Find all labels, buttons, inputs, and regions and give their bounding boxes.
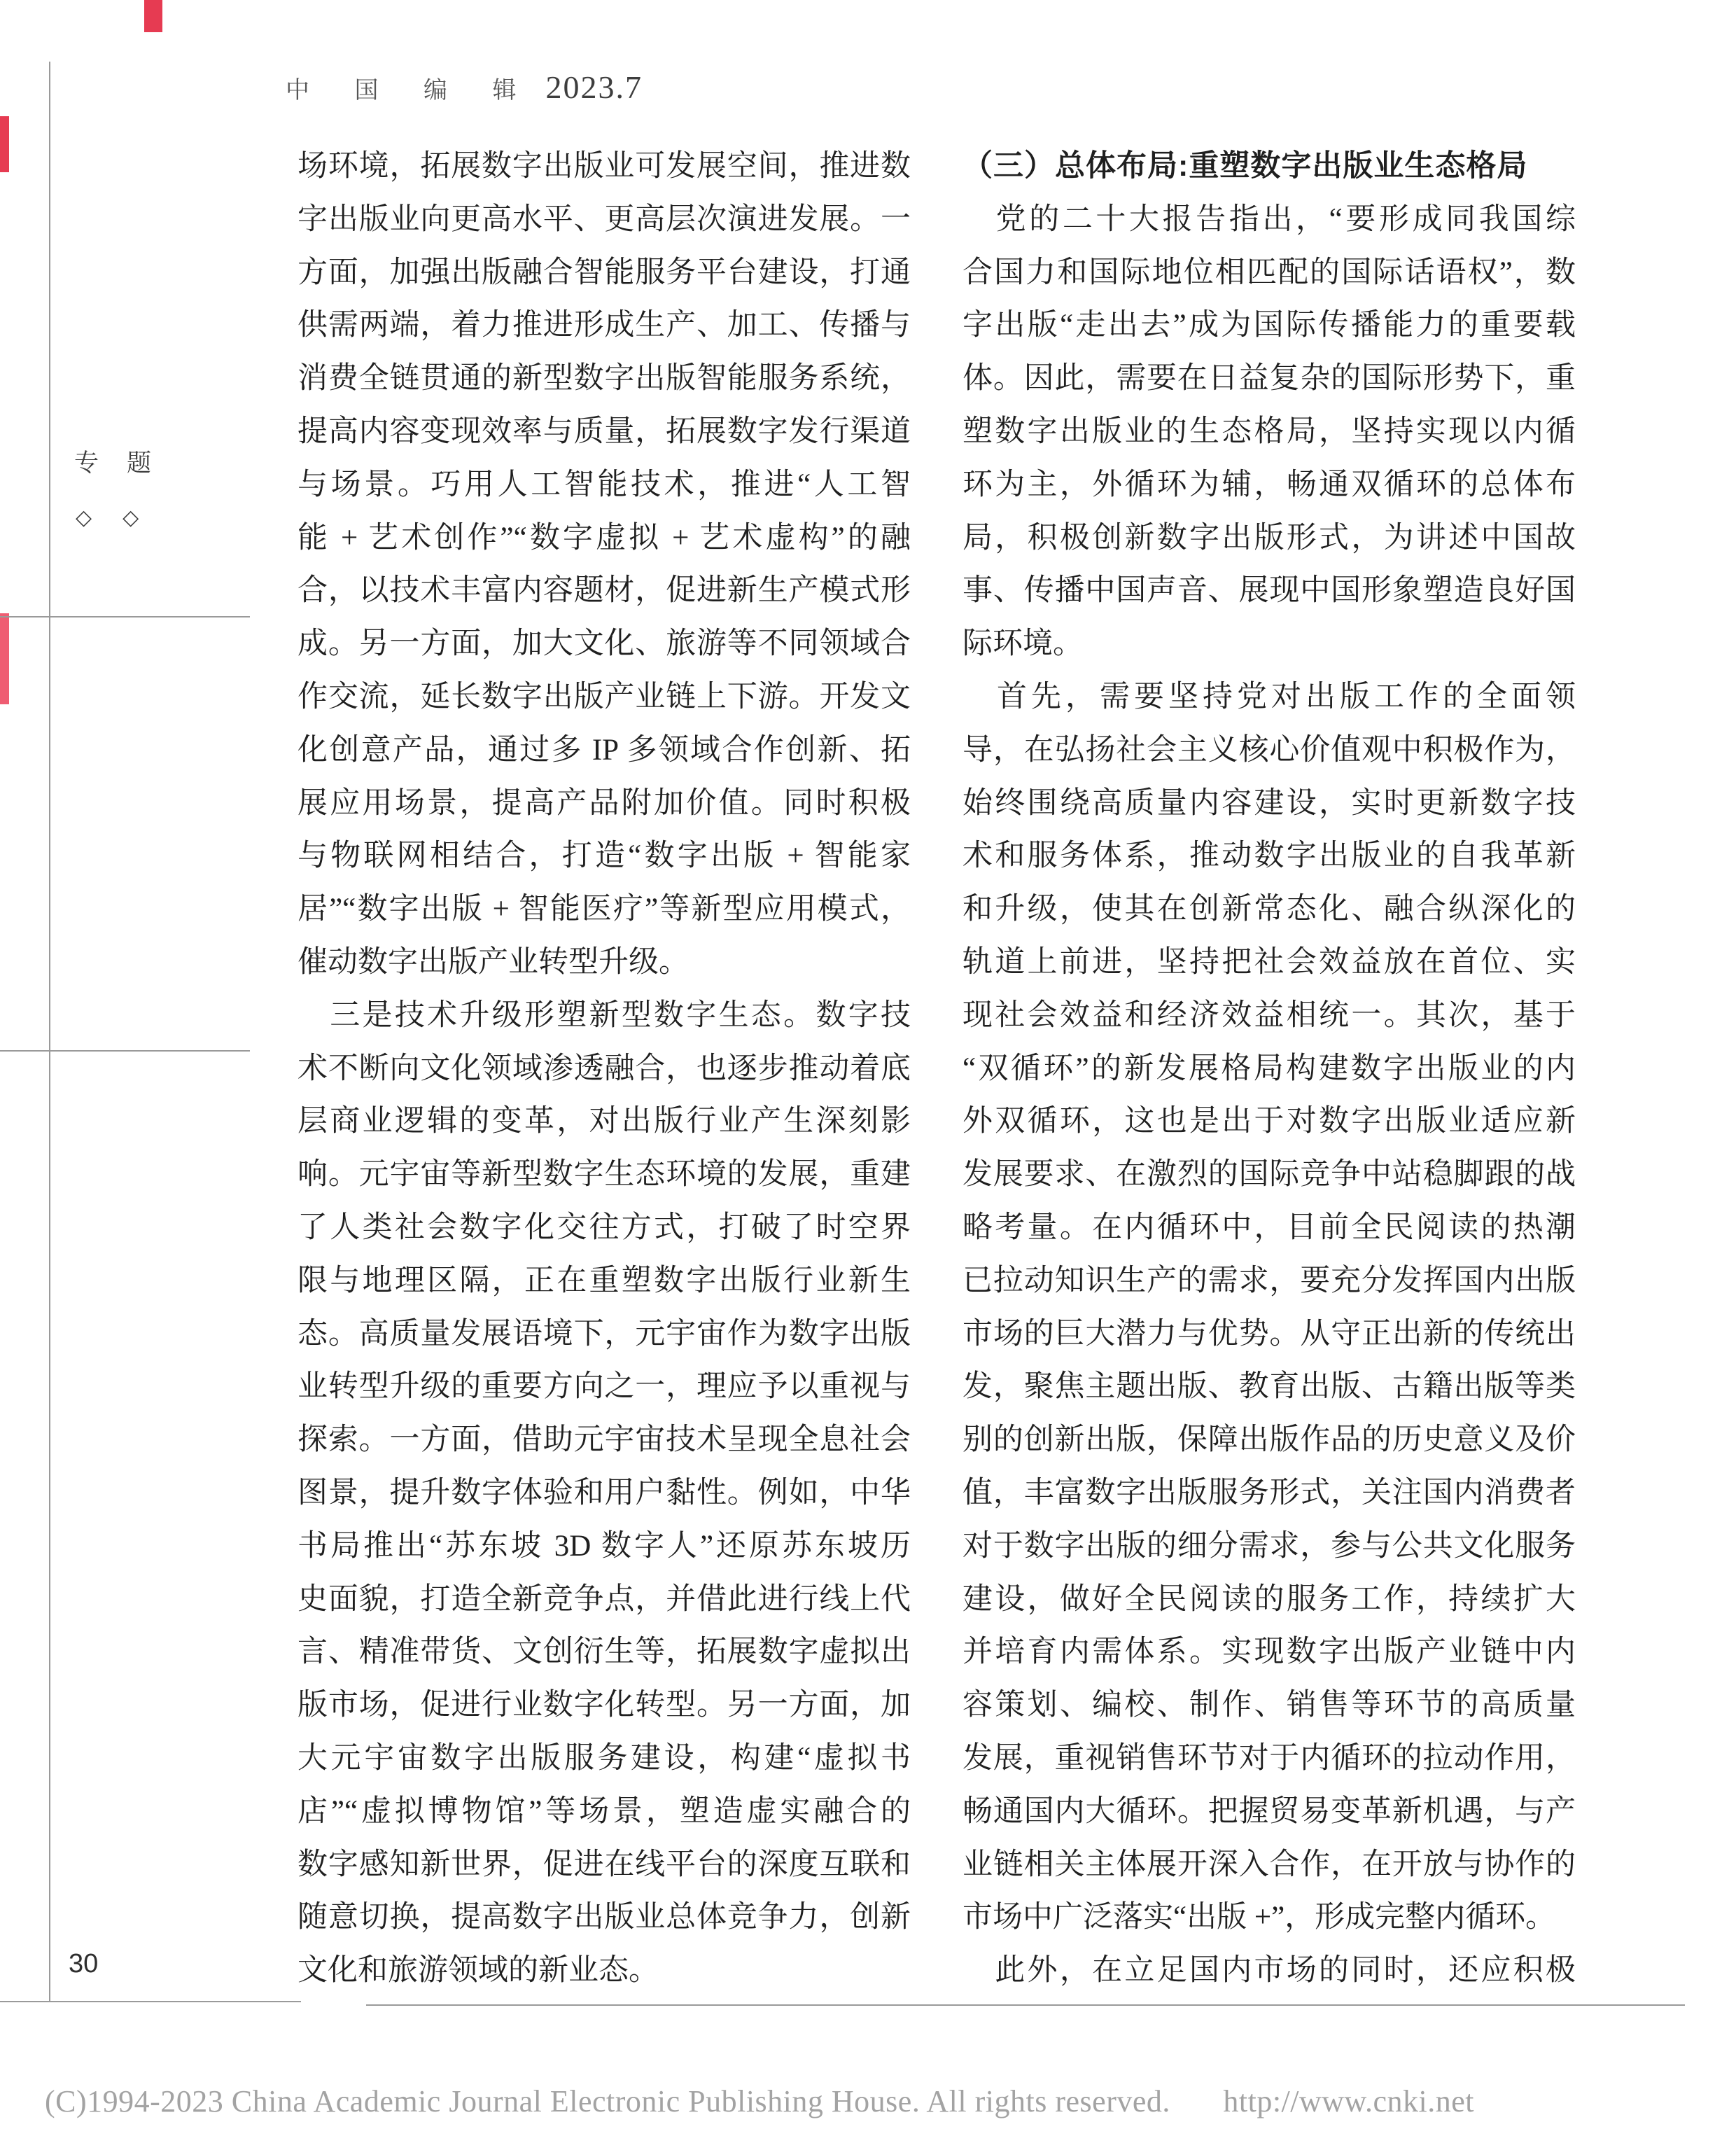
sidebar-vertical-rule — [49, 62, 50, 2002]
text-line: 供需两端，着力推进形成生产、加工、传播与 — [297, 299, 911, 352]
text-line: 了人类社会数字化交往方式，打破了时空界 — [297, 1201, 911, 1255]
text-line: 建设，做好全民阅读的服务工作，持续扩大 — [962, 1573, 1576, 1626]
text-line: 业链相关主体展开深入合作，在开放与协作的 — [962, 1838, 1576, 1892]
text-line: 催动数字出版产业转型升级。 — [297, 936, 911, 989]
text-line: 层商业逻辑的变革，对出版行业产生深刻影 — [297, 1095, 911, 1148]
running-header: 中 国 编 辑 2023.7 — [286, 69, 643, 106]
text-line: 随意切换，提高数字出版业总体竞争力，创新 — [297, 1891, 911, 1944]
text-line: 对于数字出版的细分需求，参与公共文化服务 — [962, 1520, 1576, 1573]
text-line: 术和服务体系，推动数字出版业的自我革新 — [962, 830, 1576, 883]
left-text-column: 场环境，拓展数字出版业可发展空间，推进数字出版业向更高水平、更高层次演进发展。一… — [297, 140, 911, 1997]
text-line: 消费全链贯通的新型数字出版智能服务系统， — [297, 352, 911, 405]
text-line: 成。另一方面，加大文化、旅游等不同领域合 — [297, 617, 911, 671]
text-line: 市场中广泛落实“出版 +”，形成完整内循环。 — [962, 1891, 1576, 1944]
text-line: 市场的巨大潜力与优势。从守正出新的传统出 — [962, 1308, 1576, 1361]
text-line: 合，以技术丰富内容题材，促进新生产模式形 — [297, 564, 911, 617]
text-line: 作交流，延长数字出版产业链上下游。开发文 — [297, 671, 911, 724]
sidebar-bottom-rule — [0, 2001, 301, 2002]
text-line: 态。高质量发展语境下，元宇宙作为数字出版 — [297, 1308, 911, 1361]
text-line: 方面，加强出版融合智能服务平台建设，打通 — [297, 246, 911, 300]
footer: (C)1994-2023 China Academic Journal Elec… — [45, 2083, 1474, 2119]
text-line: 轨道上前进，坚持把社会效益放在首位、实 — [962, 936, 1576, 989]
text-line: 限与地理区隔，正在重塑数字出版行业新生 — [297, 1255, 911, 1308]
text-line: 首先，需要坚持党对出版工作的全面领 — [962, 671, 1576, 724]
issue-number: 2023.7 — [546, 69, 643, 106]
text-line: 图景，提升数字体验和用户黏性。例如，中华 — [297, 1467, 911, 1520]
text-line: 文化和旅游领域的新业态。 — [297, 1944, 911, 1997]
text-line: “双循环”的新发展格局构建数字出版业的内 — [962, 1042, 1576, 1096]
text-line: 店”“虚拟博物馆”等场景，塑造虚实融合的 — [297, 1785, 911, 1838]
text-line: 数字感知新世界，促进在线平台的深度互联和 — [297, 1838, 911, 1892]
footer-copyright: (C)1994-2023 China Academic Journal Elec… — [45, 2084, 1170, 2118]
text-line: 业转型升级的重要方向之一，理应予以重视与 — [297, 1360, 911, 1413]
text-line: 能 + 艺术创作”“数字虚拟 + 艺术虚构”的融 — [297, 512, 911, 565]
sidebar-horizontal-rule-lower — [0, 1050, 250, 1052]
journal-title: 中 国 编 辑 — [286, 71, 536, 105]
right-text-column: （三）总体布局:重塑数字出版业生态格局 党的二十大报告指出，“要形成同我国综合国… — [962, 140, 1576, 1997]
text-line: 始终围绕高质量内容建设，实时更新数字技 — [962, 777, 1576, 830]
text-line: 言、精准带货、文创衍生等，拓展数字虚拟出 — [297, 1626, 911, 1679]
text-line: 字出版业向更高水平、更高层次演进发展。一 — [297, 193, 911, 246]
text-line: 塑数字出版业的生态格局，坚持实现以内循 — [962, 405, 1576, 459]
text-line: 与场景。巧用人工智能技术，推进“人工智 — [297, 459, 911, 512]
text-line: 展应用场景，提高产品附加价值。同时积极 — [297, 777, 911, 830]
sidebar-horizontal-rule-upper — [0, 616, 250, 617]
sidebar-section-label: 专题 — [74, 444, 179, 479]
text-line: 此外，在立足国内市场的同时，还应积极 — [962, 1944, 1576, 1997]
text-line: 书局推出“苏东坡 3D 数字人”还原苏东坡历 — [297, 1520, 911, 1573]
text-line: 略考量。在内循环中，目前全民阅读的热潮 — [962, 1201, 1576, 1255]
text-line: 已拉动知识生产的需求，要充分发挥国内出版 — [962, 1255, 1576, 1308]
text-line: 事、传播中国声音、展现中国形象塑造良好国 — [962, 564, 1576, 617]
text-line: 居”“数字出版 + 智能医疗”等新型应用模式， — [297, 883, 911, 936]
journal-page: { "page": { "journal_title": "中 国 编 辑", … — [0, 0, 1736, 2150]
text-line: 术不断向文化领域渗透融合，也逐步推动着底 — [297, 1042, 911, 1096]
text-line: 场环境，拓展数字出版业可发展空间，推进数 — [297, 140, 911, 193]
text-line: 和升级，使其在创新常态化、融合纵深化的 — [962, 883, 1576, 936]
text-line: 际环境。 — [962, 617, 1576, 671]
text-line: 现社会效益和经济效益相统一。其次，基于 — [962, 989, 1576, 1042]
text-line: 提高内容变现效率与质量，拓展数字发行渠道 — [297, 405, 911, 459]
text-line: 体。因此，需要在日益复杂的国际形势下，重 — [962, 352, 1576, 405]
text-line: 版市场，促进行业数字化转型。另一方面，加 — [297, 1679, 911, 1732]
text-line: 局，积极创新数字出版形式，为讲述中国故 — [962, 512, 1576, 565]
text-line: 值，丰富数字出版服务形式，关注国内消费者 — [962, 1467, 1576, 1520]
text-line: 探索。一方面，借助元宇宙技术呈现全息社会 — [297, 1413, 911, 1467]
text-line: 发展，重视销售环节对于内循环的拉动作用， — [962, 1732, 1576, 1785]
text-line: 发展要求、在激烈的国际竞争中站稳脚跟的战 — [962, 1148, 1576, 1201]
text-bottom-rule — [366, 2004, 1685, 2006]
scan-red-mark-top — [144, 0, 162, 32]
text-line: 环为主，外循环为辅，畅通双循环的总体布 — [962, 459, 1576, 512]
footer-url: http://www.cnki.net — [1223, 2084, 1474, 2118]
text-line: 化创意产品，通过多 IP 多领域合作创新、拓 — [297, 724, 911, 777]
text-line: 导，在弘扬社会主义核心价值观中积极作为， — [962, 724, 1576, 777]
text-line: （三）总体布局:重塑数字出版业生态格局 — [962, 140, 1576, 193]
text-line: 大元宇宙数字出版服务建设，构建“虚拟书 — [297, 1732, 911, 1785]
text-line: 与物联网相结合，打造“数字出版 + 智能家 — [297, 830, 911, 883]
text-line: 字出版“走出去”成为国际传播能力的重要载 — [962, 299, 1576, 352]
text-line: 并培育内需体系。实现数字出版产业链中内 — [962, 1626, 1576, 1679]
text-line: 三是技术升级形塑新型数字生态。数字技 — [297, 989, 911, 1042]
sidebar-diamond-marks: ◇◇ — [76, 505, 169, 530]
text-line: 响。元宇宙等新型数字生态环境的发展，重建 — [297, 1148, 911, 1201]
scan-red-mark-left-upper — [0, 116, 9, 172]
text-line: 党的二十大报告指出，“要形成同我国综 — [962, 193, 1576, 246]
text-line: 别的创新出版，保障出版作品的历史意义及价 — [962, 1413, 1576, 1467]
text-line: 合国力和国际地位相匹配的国际话语权”，数 — [962, 246, 1576, 300]
text-line: 外双循环，这也是出于对数字出版业适应新 — [962, 1095, 1576, 1148]
text-line: 发，聚焦主题出版、教育出版、古籍出版等类 — [962, 1360, 1576, 1413]
page-number: 30 — [69, 1949, 98, 1979]
text-line: 史面貌，打造全新竞争点，并借此进行线上代 — [297, 1573, 911, 1626]
text-line: 畅通国内大循环。把握贸易变革新机遇，与产 — [962, 1785, 1576, 1838]
text-line: 容策划、编校、制作、销售等环节的高质量 — [962, 1679, 1576, 1732]
scan-red-mark-left-middle — [0, 613, 9, 704]
